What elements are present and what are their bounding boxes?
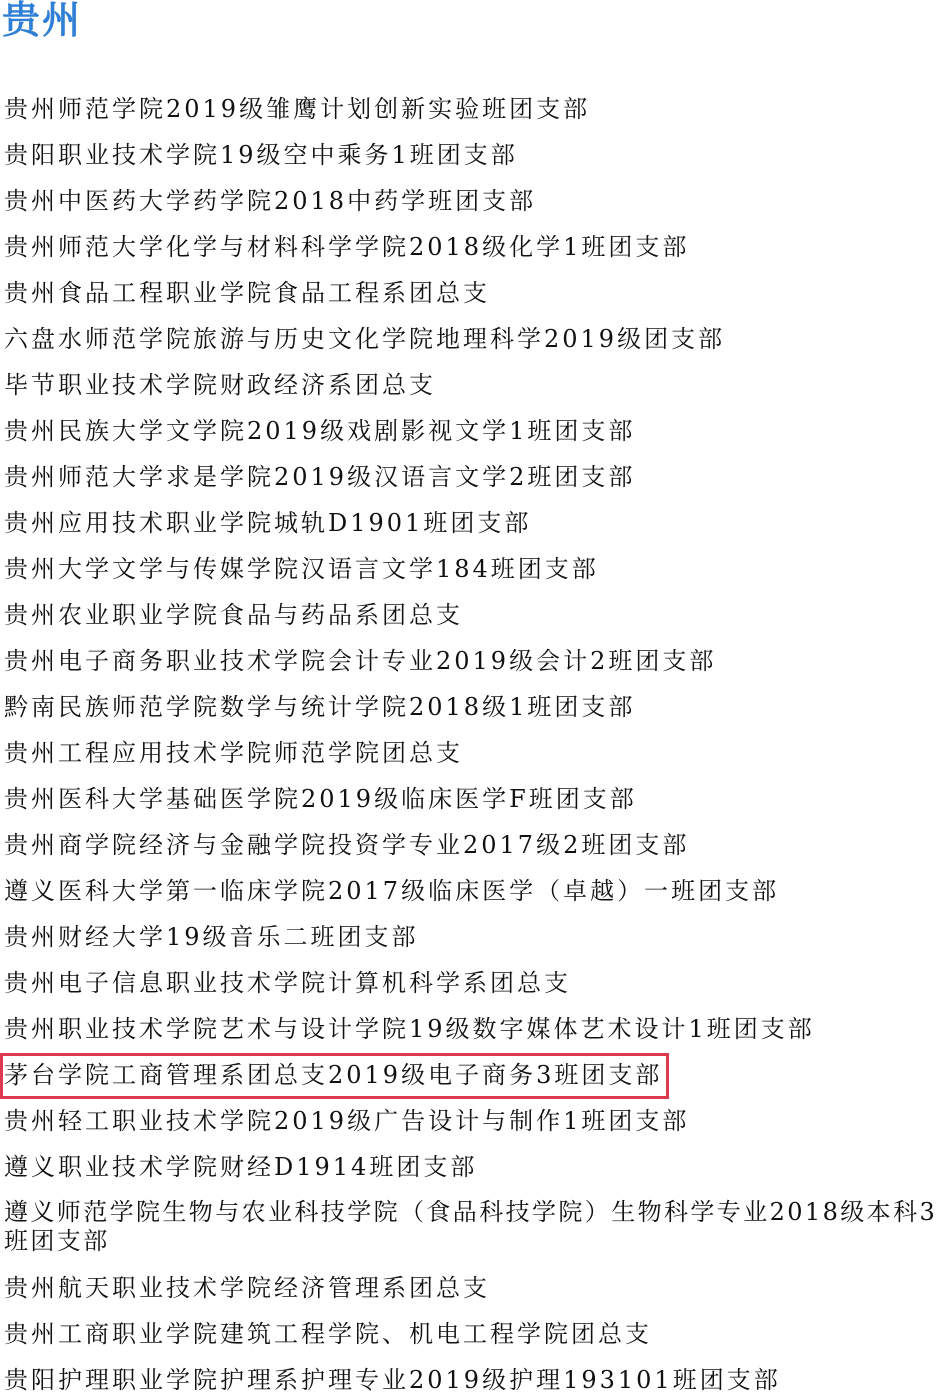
list-item: 遵义医科大学第一临床学院2017级临床医学（卓越）一班团支部 — [4, 868, 945, 914]
list-item: 六盘水师范学院旅游与历史文化学院地理科学2019级团支部 — [4, 316, 945, 362]
list-item: 贵州中医药大学药学院2018中药学班团支部 — [4, 178, 945, 224]
list-item: 贵州轻工职业技术学院2019级广告设计与制作1班团支部 — [4, 1098, 945, 1144]
list-item: 贵州大学文学与传媒学院汉语言文学184班团支部 — [4, 546, 945, 592]
list-item: 贵州师范大学求是学院2019级汉语言文学2班团支部 — [4, 454, 945, 500]
list-item: 贵州工程应用技术学院师范学院团总支 — [4, 730, 945, 776]
list-item: 遵义职业技术学院财经D1914班团支部 — [4, 1144, 945, 1190]
organization-list: 贵州师范学院2019级雏鹰计划创新实验班团支部 贵阳职业技术学院19级空中乘务1… — [4, 86, 945, 1395]
list-item: 贵州医科大学基础医学院2019级临床医学F班团支部 — [4, 776, 945, 822]
list-item: 贵阳职业技术学院19级空中乘务1班团支部 — [4, 132, 945, 178]
list-item: 贵州电子信息职业技术学院计算机科学系团总支 — [4, 960, 945, 1006]
list-item: 黔南民族师范学院数学与统计学院2018级1班团支部 — [4, 684, 945, 730]
list-item: 贵阳护理职业学院护理系护理专业2019级护理193101班团支部 — [4, 1357, 945, 1395]
highlighted-list-item: 茅台学院工商管理系团总支2019级电子商务3班团支部 — [4, 1052, 945, 1098]
list-item: 贵州师范大学化学与材料科学学院2018级化学1班团支部 — [4, 224, 945, 270]
list-item: 遵义师范学院生物与农业科技学院（食品科技学院）生物科学专业2018级本科3班团支… — [4, 1190, 945, 1265]
list-item: 贵州民族大学文学院2019级戏剧影视文学1班团支部 — [4, 408, 945, 454]
list-item: 毕节职业技术学院财政经济系团总支 — [4, 362, 945, 408]
section-title: 贵州 — [2, 0, 82, 44]
list-item: 贵州职业技术学院艺术与设计学院19级数字媒体艺术设计1班团支部 — [4, 1006, 945, 1052]
list-item: 贵州工商职业学院建筑工程学院、机电工程学院团总支 — [4, 1311, 945, 1357]
list-item: 贵州应用技术职业学院城轨D1901班团支部 — [4, 500, 945, 546]
list-item: 贵州农业职业学院食品与药品系团总支 — [4, 592, 945, 638]
list-item: 贵州电子商务职业技术学院会计专业2019级会计2班团支部 — [4, 638, 945, 684]
list-item: 贵州食品工程职业学院食品工程系团总支 — [4, 270, 945, 316]
list-item: 贵州财经大学19级音乐二班团支部 — [4, 914, 945, 960]
list-item: 贵州商学院经济与金融学院投资学专业2017级2班团支部 — [4, 822, 945, 868]
list-item: 贵州师范学院2019级雏鹰计划创新实验班团支部 — [4, 86, 945, 132]
list-item: 贵州航天职业技术学院经济管理系团总支 — [4, 1265, 945, 1311]
